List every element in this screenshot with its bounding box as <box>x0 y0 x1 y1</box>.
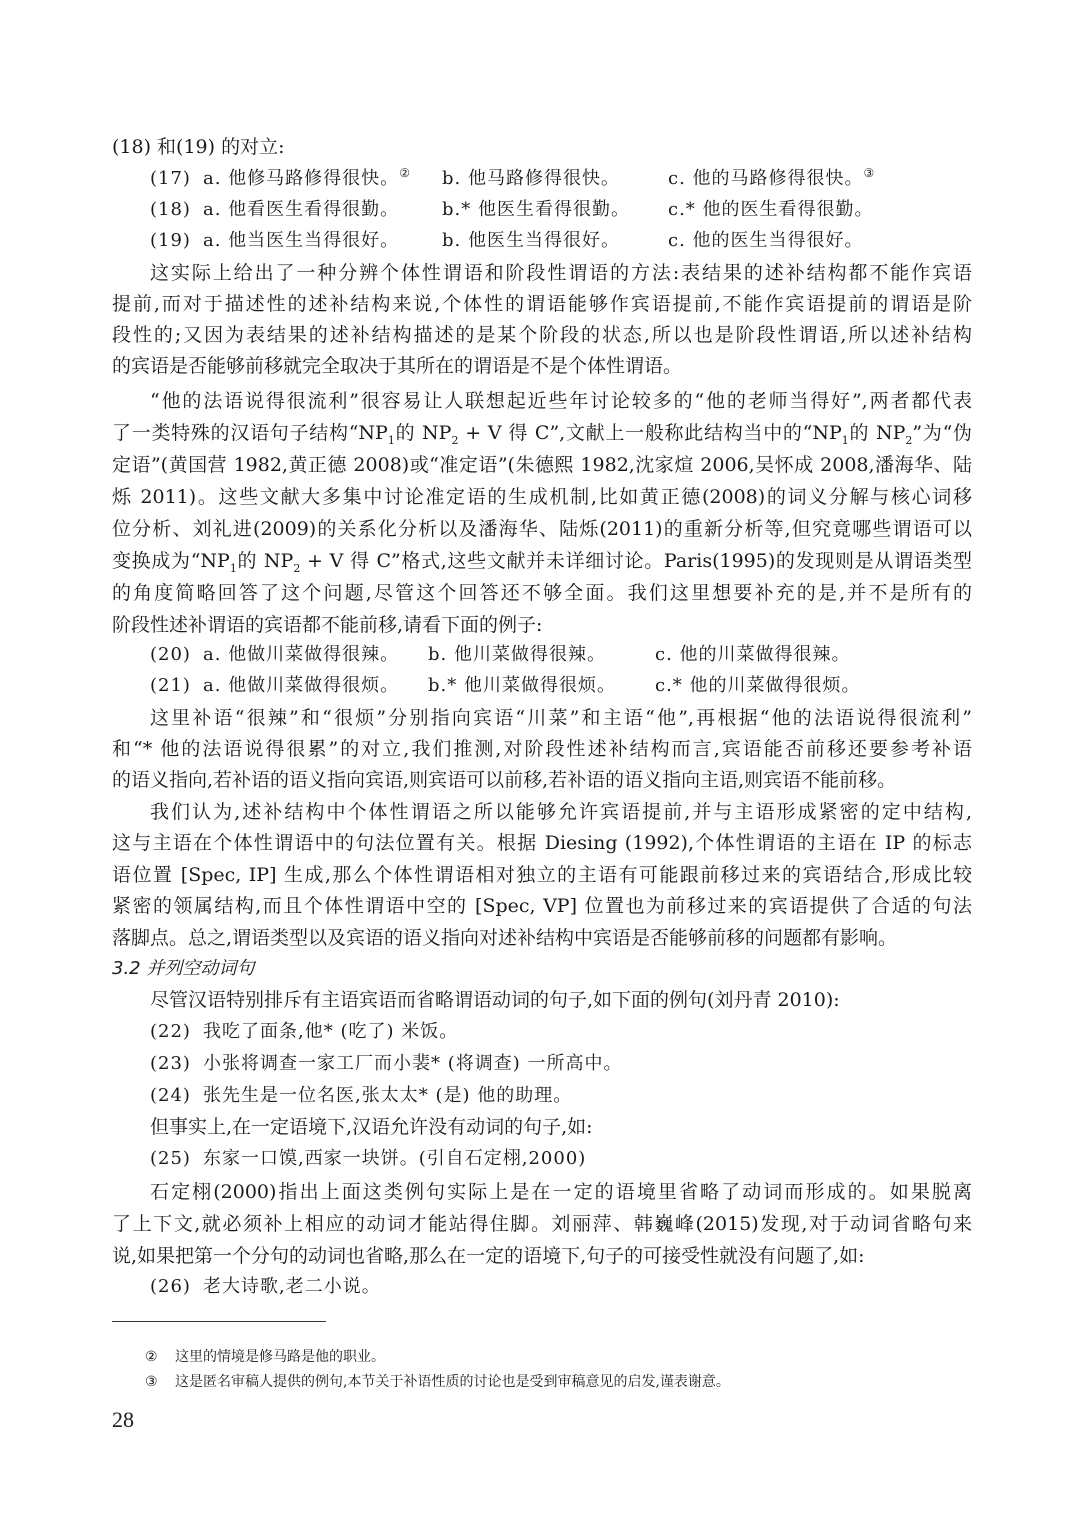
example-text: 老大诗歌,老二小说。 <box>203 1275 381 1299</box>
text-line: 这与主语在个体性谓语中的句法位置有关。根据 Diesing (1992),个体性… <box>112 831 972 855</box>
page-number: 28 <box>112 1407 134 1433</box>
section-heading: 3.2 并列空动词句 <box>112 957 254 981</box>
example-number: (17) <box>150 167 191 191</box>
text-line: 提前,而对于描述性的述补结构来说,个体性的谓语能够作宾语提前,不能作宾语提前的谓… <box>112 292 972 316</box>
example-number: (18) <box>150 198 191 222</box>
example-number: (21) <box>150 674 191 698</box>
text-line: 这里补语“很辣”和“很烦”分别指向宾语“川菜”和主语“他”,再根据“他的法语说得… <box>150 706 972 730</box>
text-line: 紧密的领属结构,而且个体性谓语中空的 [Spec, VP] 位置也为前移过来的宾… <box>112 894 972 918</box>
example-c: c. 他的川菜做得很辣。 <box>655 643 851 667</box>
example-b: b.* 他川菜做得很烦。 <box>428 674 616 698</box>
example-b: b. 他马路修得很快。 <box>442 167 620 191</box>
example-b: b. 他医生当得很好。 <box>442 229 620 253</box>
footnote-3: ③这是匿名审稿人提供的例句,本节关于补语性质的讨论也是受到审稿意见的启发,谨表谢… <box>145 1373 730 1391</box>
text-line: 落脚点。总之,谓语类型以及宾语的语义指向对述补结构中宾语是否能够前移的问题都有影… <box>112 926 972 950</box>
example-text: 我吃了面条,他* (吃了) 米饭。 <box>203 1020 458 1044</box>
example-b: b. 他川菜做得很辣。 <box>428 643 606 667</box>
example-a: a. 他修马路修得很快。② <box>203 167 411 191</box>
example-b: b.* 他医生看得很勤。 <box>442 198 630 222</box>
footnote-mark: ② <box>145 1348 175 1366</box>
example-number: (24) <box>150 1084 191 1108</box>
footnote-ref[interactable]: ② <box>399 166 411 180</box>
example-text: 小张将调查一家工厂而小裴* (将调查) 一所高中。 <box>203 1052 623 1076</box>
example-number: (22) <box>150 1020 191 1044</box>
text-line: 了上下文,就必须补上相应的动词才能站得住脚。刘丽萍、韩巍峰(2015)发现,对于… <box>112 1212 972 1236</box>
example-number: (19) <box>150 229 191 253</box>
example-a: a. 他当医生当得很好。 <box>203 229 399 253</box>
text-line: 定语”(黄国营 1982,黄正德 2008)或“准定语”(朱德熙 1982,沈家… <box>112 453 972 477</box>
paragraph-6: 但事实上,在一定语境下,汉语允许没有动词的句子,如: <box>150 1115 972 1139</box>
text-line: 变换成为“NP1的 NP2 + V 得 C”格式,这些文献并未详细讨论。Pari… <box>112 549 972 573</box>
footnote-text: 这里的情境是修马路是他的职业。 <box>175 1349 385 1365</box>
footnote-mark: ③ <box>145 1373 175 1391</box>
example-c: c.* 他的医生看得很勤。 <box>668 198 874 222</box>
footnote-ref[interactable]: ③ <box>864 166 876 180</box>
example-text: 东家一口馍,西家一块饼。(引自石定栩,2000) <box>203 1147 586 1171</box>
text-line: 这实际上给出了一种分辨个体性谓语和阶段性谓语的方法:表结果的述补结构都不能作宾语 <box>150 261 972 285</box>
example-number: (23) <box>150 1052 191 1076</box>
text-line: 的语义指向,若补语的语义指向宾语,则宾语可以前移,若补语的语义指向主语,则宾语不… <box>112 768 972 792</box>
example-a: a. 他做川菜做得很烦。 <box>203 674 399 698</box>
example-a: a. 他看医生看得很勤。 <box>203 198 399 222</box>
text-line: 段性的;又因为表结果的述补结构描述的是某个阶段的状态,所以也是阶段性谓语,所以述… <box>112 323 972 347</box>
text-line: 阶段性述补谓语的宾语都不能前移,请看下面的例子: <box>112 613 972 637</box>
text-line: 语位置 [Spec, IP] 生成,那么个体性谓语相对独立的主语有可能跟前移过来… <box>112 863 972 887</box>
text-line: 了一类特殊的汉语句子结构“NP1的 NP2 + V 得 C”,文献上一般称此结构… <box>112 421 972 445</box>
footnote-text: 这是匿名审稿人提供的例句,本节关于补语性质的讨论也是受到审稿意见的启发,谨表谢意… <box>175 1374 730 1390</box>
example-a: a. 他做川菜做得很辣。 <box>203 643 399 667</box>
example-a-text: a. 他修马路修得很快。 <box>203 168 399 189</box>
text-line: “他的法语说得很流利”很容易让人联想起近些年讨论较多的“他的老师当得好”,两者都… <box>150 389 972 413</box>
example-text: 张先生是一位名医,张太太* (是) 他的助理。 <box>203 1084 572 1108</box>
paragraph-5: 尽管汉语特别排斥有主语宾语而省略谓语动词的句子,如下面的例句(刘丹青 2010)… <box>150 988 972 1012</box>
text-line: 说,如果把第一个分句的动词也省略,那么在一定的语境下,句子的可接受性就没有问题了… <box>112 1244 972 1268</box>
example-c: c. 他的马路修得很快。③ <box>668 167 875 191</box>
text-line: 位分析、刘礼进(2009)的关系化分析以及潘海华、陆烁(2011)的重新分析等,… <box>112 517 972 541</box>
example-number: (20) <box>150 643 191 667</box>
footnote-2: ②这里的情境是修马路是他的职业。 <box>145 1348 385 1366</box>
intro-line: (18) 和(19) 的对立: <box>112 135 972 159</box>
text-line: 烁 2011)。这些文献大多集中讨论准定语的生成机制,比如黄正德(2008)的词… <box>112 485 972 509</box>
document-page: (18) 和(19) 的对立: (17) a. 他修马路修得很快。② b. 他马… <box>0 0 1080 1517</box>
text-line: 和“* 他的法语说得很累”的对立,我们推测,对阶段性述补结构而言,宾语能否前移还… <box>112 737 972 761</box>
example-c-text: c. 他的马路修得很快。 <box>668 168 864 189</box>
example-number: (26) <box>150 1275 191 1299</box>
example-c: c.* 他的川菜做得很烦。 <box>655 674 861 698</box>
text-line: 我们认为,述补结构中个体性谓语之所以能够允许宾语提前,并与主语形成紧密的定中结构… <box>150 800 972 824</box>
text-line: 石定栩(2000)指出上面这类例句实际上是在一定的语境里省略了动词而形成的。如果… <box>150 1180 972 1204</box>
example-c: c. 他的医生当得很好。 <box>668 229 864 253</box>
footnote-divider <box>112 1321 326 1322</box>
example-number: (25) <box>150 1147 191 1171</box>
text-line: 的角度简略回答了这个问题,尽管这个回答还不够全面。我们这里想要补充的是,并不是所… <box>112 581 972 605</box>
text-line: 的宾语是否能够前移就完全取决于其所在的谓语是不是个体性谓语。 <box>112 354 972 378</box>
